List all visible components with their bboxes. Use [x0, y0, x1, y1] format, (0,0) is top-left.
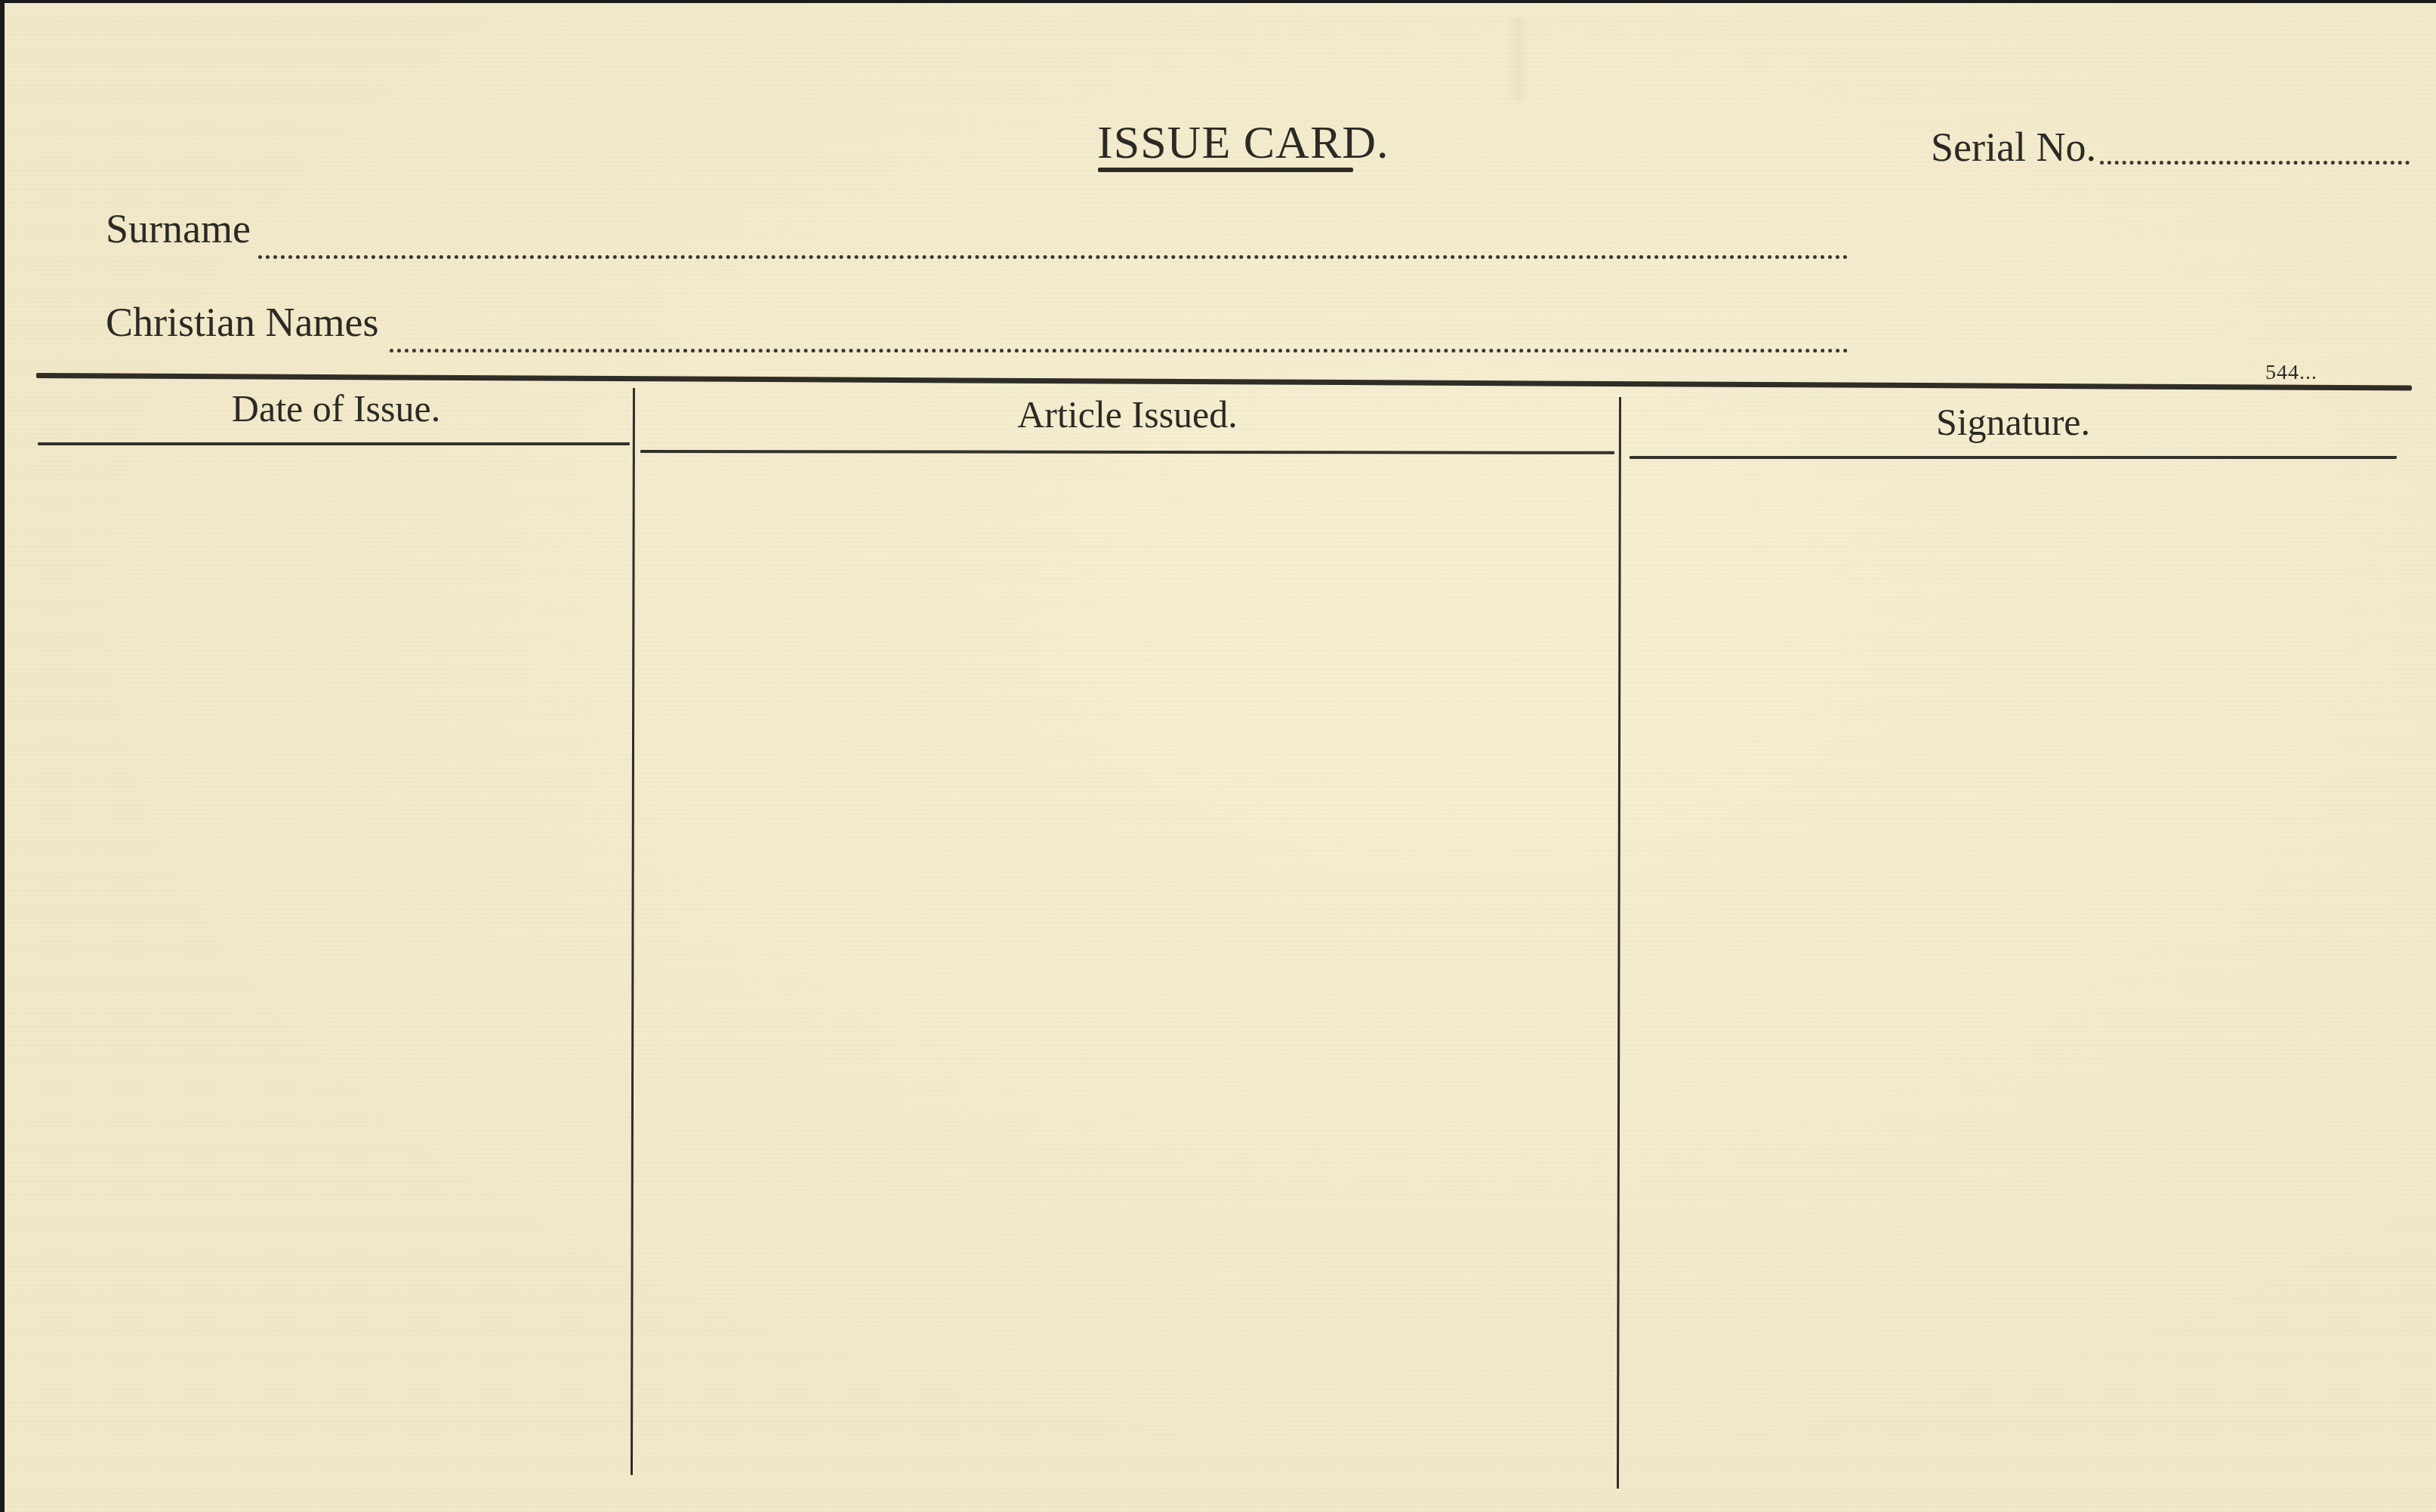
date-of-issue-column[interactable]: [38, 463, 631, 1475]
christian-names-field[interactable]: [390, 349, 1849, 353]
surname-field[interactable]: [258, 255, 1849, 259]
column-header-date-of-issue: Date of Issue.: [38, 386, 634, 430]
paper-crease: [1507, 18, 1528, 101]
issue-card: ISSUE CARD. Serial No. Surname Christian…: [5, 3, 2436, 1512]
serial-number-label: Serial No.: [1931, 124, 2096, 171]
surname-label: Surname: [106, 205, 251, 252]
signature-header-underline: [1630, 456, 2397, 459]
christian-names-label: Christian Names: [106, 299, 378, 346]
serial-number-field[interactable]: [2100, 161, 2410, 165]
card-title: ISSUE CARD.: [1097, 116, 1389, 170]
column-header-article-issued: Article Issued.: [639, 393, 1616, 436]
article-issued-column[interactable]: [639, 463, 1616, 1475]
column-header-signature: Signature.: [1628, 400, 2398, 444]
article-header-underline: [640, 450, 1614, 454]
column-divider-2: [1617, 397, 1621, 1489]
form-code: 544...: [2265, 361, 2317, 385]
signature-column[interactable]: [1627, 463, 2397, 1475]
title-underline: [1098, 168, 1353, 172]
date-header-underline: [38, 442, 630, 445]
